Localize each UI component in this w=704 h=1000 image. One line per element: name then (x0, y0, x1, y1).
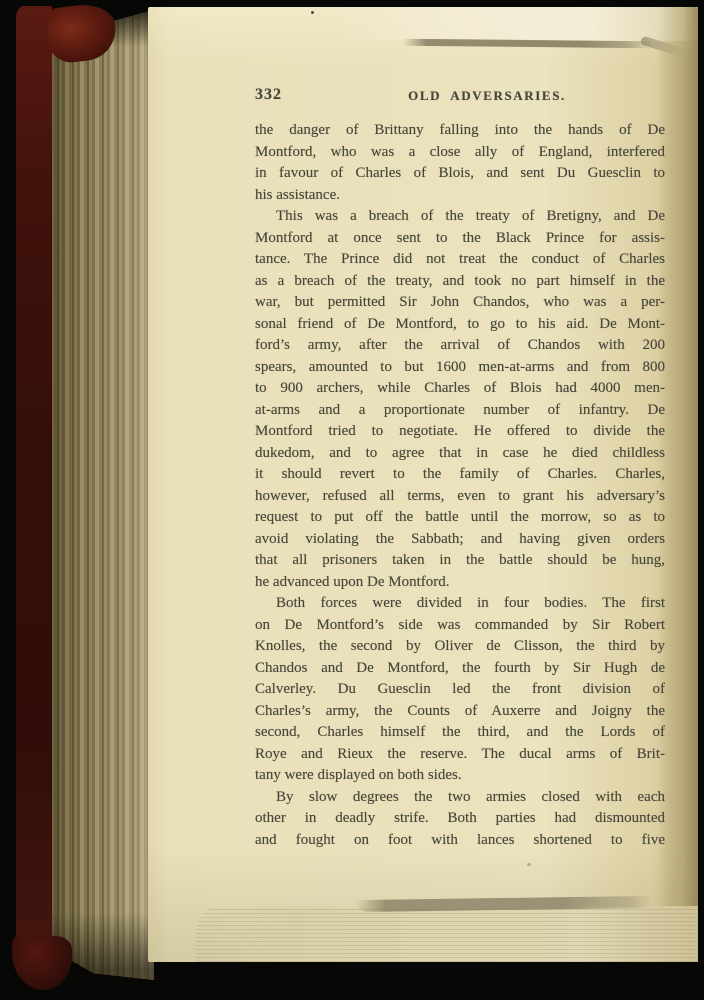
paper-blemish (527, 863, 531, 866)
text-line: and fought on foot with lances shortened… (255, 830, 665, 852)
text-line: Chandos and De Montford, the fourth by S… (255, 658, 665, 680)
text-line: dukedom, and to agree that in case he di… (255, 443, 665, 465)
running-head: 332 OLD ADVERSARIES. (255, 86, 665, 108)
text-line: tany were displayed on both sides. (255, 765, 665, 787)
paragraph: the danger of Brittany falling into the … (255, 120, 665, 206)
book-scan: 332 OLD ADVERSARIES. the danger of Britt… (0, 0, 704, 1000)
running-title: OLD ADVERSARIES. (282, 88, 692, 104)
text-line: Montford at once sent to the Black Princ… (255, 228, 665, 250)
paragraph: Both forces were divided in four bodies.… (255, 593, 665, 787)
page-stack-fore-edge (42, 8, 154, 980)
text-line: his assistance. (255, 185, 665, 207)
page-number: 332 (255, 86, 282, 104)
book-cover-spine (16, 6, 52, 988)
page-bottom-edges (196, 906, 698, 962)
text-block: the danger of Brittany falling into the … (255, 120, 665, 851)
text-line: Charles’s army, the Counts of Auxerre an… (255, 701, 665, 723)
text-line: Montford tried to negotiate. He offered … (255, 421, 665, 443)
text-line: however, refused all terms, even to gran… (255, 486, 665, 508)
text-line: on De Montford’s side was commanded by S… (255, 615, 665, 637)
text-line: request to put off the battle until the … (255, 507, 665, 529)
scan-background: { "header": { "page_number": "332", "tit… (0, 0, 704, 1000)
text-line: tance. The Prince did not treat the cond… (255, 249, 665, 271)
text-line: Knolles, the second by Oliver de Clisson… (255, 636, 665, 658)
text-line: the danger of Brittany falling into the … (255, 120, 665, 142)
text-line: sonal friend of De Montford, to go to hi… (255, 314, 665, 336)
text-line: to 900 archers, while Charles of Blois h… (255, 378, 665, 400)
text-line: in favour of Charles of Blois, and sent … (255, 163, 665, 185)
paragraph: This was a breach of the treaty of Breti… (255, 206, 665, 593)
text-line: Both forces were divided in four bodies.… (255, 593, 665, 615)
text-line: war, but permitted Sir John Chandos, who… (255, 292, 665, 314)
page-top-edge-shadow (402, 39, 652, 49)
text-line: ford’s army, after the arrival of Chando… (255, 335, 665, 357)
paragraph: By slow degrees the two armies closed wi… (255, 787, 665, 852)
book-cover-bottom-corner (12, 936, 72, 990)
text-line: at-arms and a proportionate number of in… (255, 400, 665, 422)
text-line: other in deadly strife. Both parties had… (255, 808, 665, 830)
text-line: second, Charles himself the third, and t… (255, 722, 665, 744)
text-line: he advanced upon De Montford. (255, 572, 665, 594)
text-line: that all prisoners taken in the battle s… (255, 550, 665, 572)
text-line: as a breach of the treaty, and took no p… (255, 271, 665, 293)
text-line: spears, amounted to but 1600 men-at-arms… (255, 357, 665, 379)
text-line: avoid violating the Sabbath; and having … (255, 529, 665, 551)
text-line: Roye and Rieux the reserve. The ducal ar… (255, 744, 665, 766)
book-page: 332 OLD ADVERSARIES. the danger of Britt… (148, 7, 698, 962)
text-line: This was a breach of the treaty of Breti… (255, 206, 665, 228)
text-line: Montford, who was a close ally of Englan… (255, 142, 665, 164)
text-line: it should revert to the family of Charle… (255, 464, 665, 486)
text-line: Calverley. Du Guesclin led the front div… (255, 679, 665, 701)
ink-speck (311, 11, 314, 14)
text-line: By slow degrees the two armies closed wi… (255, 787, 665, 809)
